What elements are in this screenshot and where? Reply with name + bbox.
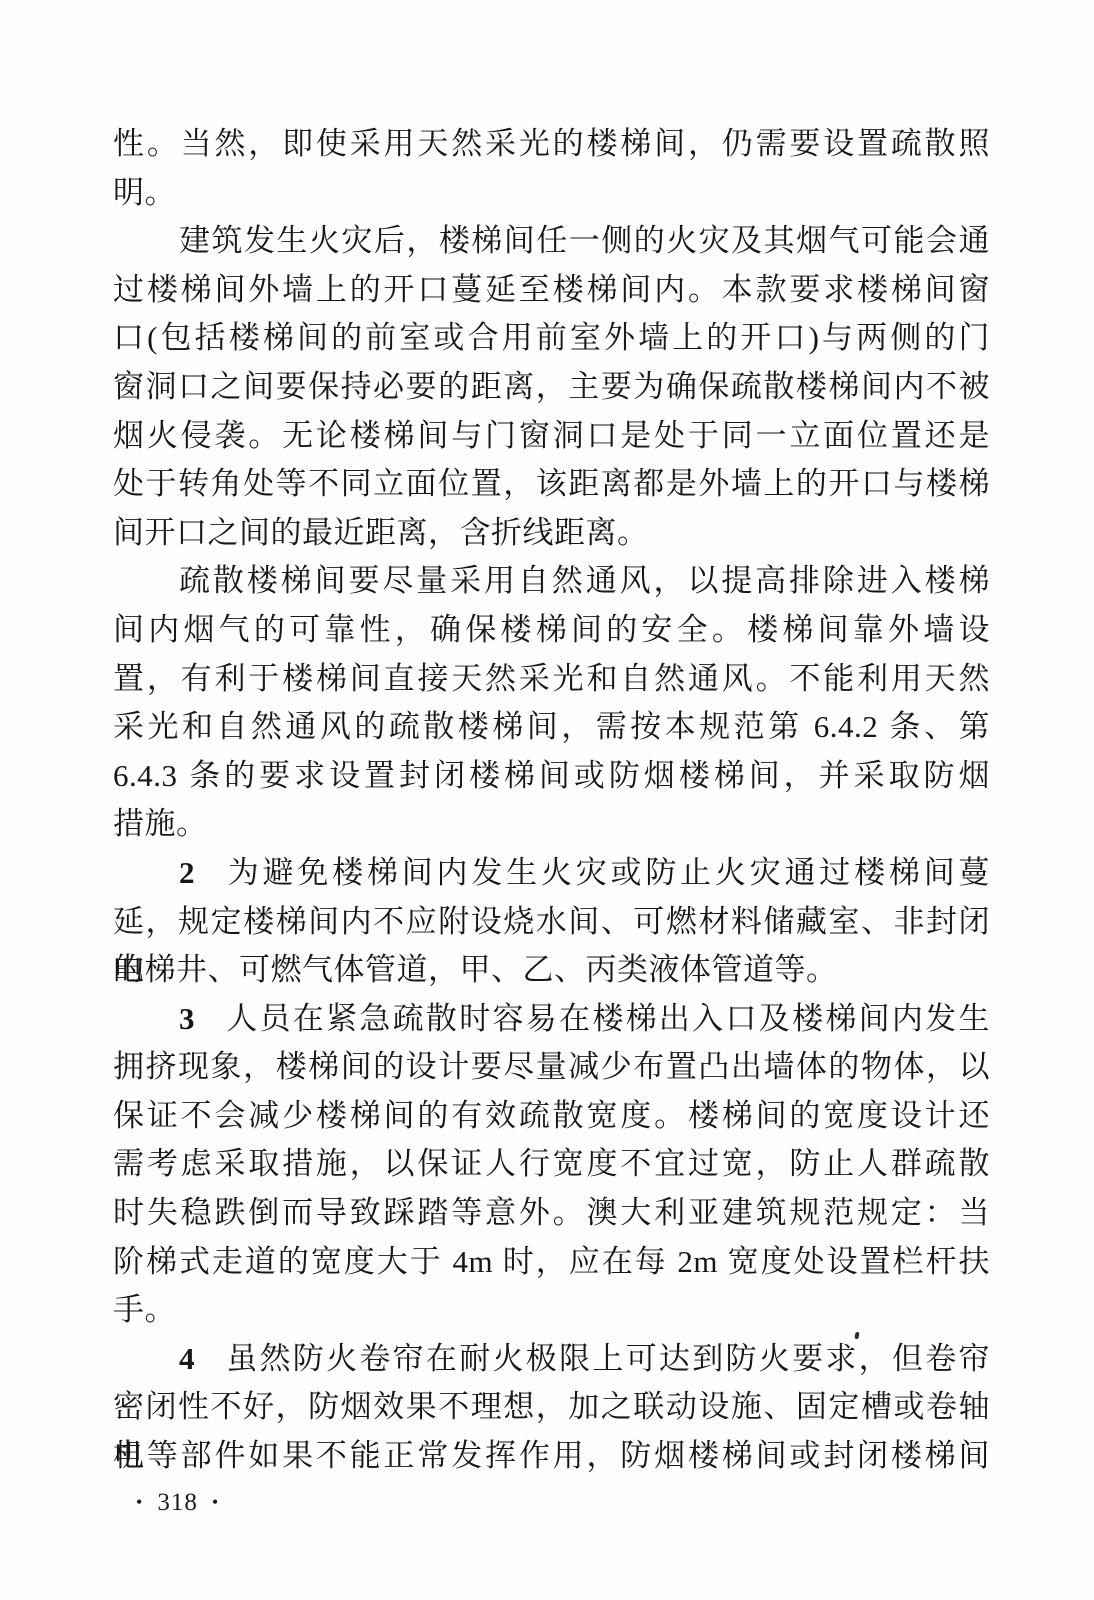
text-line: 疏散楼梯间要尽量采用自然通风，以提高排除进入楼梯 xyxy=(113,557,990,606)
text-line: 时失稳跌倒而导致踩踏等意外。澳大利亚建筑规范规定：当 xyxy=(113,1189,990,1238)
line-text: 疏散楼梯间要尽量采用自然通风，以提高排除进入楼梯 xyxy=(179,563,990,598)
line-text: 窗洞口之间要保持必要的距离，主要为确保疏散楼梯间内不被 xyxy=(113,369,990,404)
text-line: 明。 xyxy=(113,169,990,218)
text-line: 措施。 xyxy=(113,800,990,849)
line-text: 口(包括楼梯间的前室或合用前室外墙上的开口)与两侧的门 xyxy=(113,320,990,355)
line-text: 手。 xyxy=(113,1292,176,1327)
text-line: 延，规定楼梯间内不应附设烧水间、可燃材料储藏室、非封闭的 xyxy=(113,898,990,947)
document-page: 性。当然，即使采用天然采光的楼梯间，仍需要设置疏散照明。建筑发生火灾后，楼梯间任… xyxy=(0,0,1094,1600)
line-text: 电梯井、可燃气体管道，甲、乙、丙类液体管道等。 xyxy=(113,952,838,987)
page-footer: •318• xyxy=(136,1482,219,1522)
line-text: 间开口之间的最近距离，含折线距离。 xyxy=(113,515,649,550)
text-line: 需考虑采取措施，以保证人行宽度不宜过宽，防止人群疏散 xyxy=(113,1140,990,1189)
text-line: 建筑发生火灾后，楼梯间任一侧的火灾及其烟气可能会通 xyxy=(113,217,990,266)
text-line: 窗洞口之间要保持必要的距离，主要为确保疏散楼梯间内不被 xyxy=(113,363,990,412)
text-line: 烟火侵袭。无论楼梯间与门窗洞口是处于同一立面位置还是 xyxy=(113,412,990,461)
line-text: 需考虑采取措施，以保证人行宽度不宜过宽，防止人群疏散 xyxy=(113,1146,990,1181)
text-line: 2为避免楼梯间内发生火灾或防止火灾通过楼梯间蔓 xyxy=(113,849,990,898)
line-text: 为避免楼梯间内发生火灾或防止火灾通过楼梯间蔓 xyxy=(224,855,990,890)
text-block: 性。当然，即使采用天然采光的楼梯间，仍需要设置疏散照明。建筑发生火灾后，楼梯间任… xyxy=(113,120,990,1481)
line-text: 间内烟气的可靠性，确保楼梯间的安全。楼梯间靠外墙设 xyxy=(113,612,990,647)
text-line: 置，有利于楼梯间直接天然采光和自然通风。不能利用天然 xyxy=(113,655,990,704)
line-text: 保证不会减少楼梯间的有效疏散宽度。楼梯间的宽度设计还 xyxy=(113,1098,990,1133)
footer-left-dot: • xyxy=(136,1492,143,1512)
text-line: 密闭性不好，防烟效果不理想，加之联动设施、固定槽或卷轴电 xyxy=(113,1383,990,1432)
line-text: 烟火侵袭。无论楼梯间与门窗洞口是处于同一立面位置还是 xyxy=(113,418,990,453)
line-text: 措施。 xyxy=(113,806,208,841)
line-text: 性。当然，即使采用天然采光的楼梯间，仍需要设置疏散照 xyxy=(113,126,990,161)
text-line: 电梯井、可燃气体管道，甲、乙、丙类液体管道等。 xyxy=(113,946,990,995)
item-number: 4 xyxy=(179,1341,195,1376)
line-text: 人员在紧急疏散时容易在楼梯出入口及楼梯间内发生 xyxy=(224,1001,990,1036)
line-text: 明。 xyxy=(113,175,176,210)
line-text: 时失稳跌倒而导致踩踏等意外。澳大利亚建筑规范规定：当 xyxy=(113,1195,990,1230)
text-line: 手。 xyxy=(113,1286,990,1335)
item-number: 3 xyxy=(179,1001,195,1036)
text-line: 间开口之间的最近距离，含折线距离。 xyxy=(113,509,990,558)
line-text: 拥挤现象，楼梯间的设计要尽量减少布置凸出墙体的物体，以 xyxy=(113,1049,990,1084)
line-text: 虽然防火卷帘在耐火极限上可达到防火要求，但卷帘 xyxy=(224,1341,990,1376)
text-line: 口(包括楼梯间的前室或合用前室外墙上的开口)与两侧的门 xyxy=(113,314,990,363)
text-line: 4虽然防火卷帘在耐火极限上可达到防火要求，但卷帘 xyxy=(113,1335,990,1384)
text-line: 阶梯式走道的宽度大于 4m 时，应在每 2m 宽度处设置栏杆扶 xyxy=(113,1238,990,1287)
line-text: 建筑发生火灾后，楼梯间任一侧的火灾及其烟气可能会通 xyxy=(179,223,990,258)
line-text: 处于转角处等不同立面位置，该距离都是外墙上的开口与楼梯 xyxy=(113,466,990,501)
text-line: 间内烟气的可靠性，确保楼梯间的安全。楼梯间靠外墙设 xyxy=(113,606,990,655)
text-line: 机等部件如果不能正常发挥作用，防烟楼梯间或封闭楼梯间 xyxy=(113,1432,990,1481)
footer-right-dot: • xyxy=(212,1492,219,1512)
line-text: 6.4.3 条的要求设置封闭楼梯间或防烟楼梯间，并采取防烟 xyxy=(113,758,990,793)
text-line: 采光和自然通风的疏散楼梯间，需按本规范第 6.4.2 条、第 xyxy=(113,703,990,752)
footer-page-number: 318 xyxy=(157,1489,198,1516)
line-text: 机等部件如果不能正常发挥作用，防烟楼梯间或封闭楼梯间 xyxy=(113,1438,990,1473)
text-line: 性。当然，即使采用天然采光的楼梯间，仍需要设置疏散照 xyxy=(113,120,990,169)
text-line: 保证不会减少楼梯间的有效疏散宽度。楼梯间的宽度设计还 xyxy=(113,1092,990,1141)
text-line: 拥挤现象，楼梯间的设计要尽量减少布置凸出墙体的物体，以 xyxy=(113,1043,990,1092)
text-line: 过楼梯间外墙上的开口蔓延至楼梯间内。本款要求楼梯间窗 xyxy=(113,266,990,315)
text-line: 3人员在紧急疏散时容易在楼梯出入口及楼梯间内发生 xyxy=(113,995,990,1044)
line-text: 置，有利于楼梯间直接天然采光和自然通风。不能利用天然 xyxy=(113,661,990,696)
line-text: 采光和自然通风的疏散楼梯间，需按本规范第 6.4.2 条、第 xyxy=(113,709,990,744)
item-number: 2 xyxy=(179,855,195,890)
line-text: 阶梯式走道的宽度大于 4m 时，应在每 2m 宽度处设置栏杆扶 xyxy=(113,1244,990,1279)
text-line: 6.4.3 条的要求设置封闭楼梯间或防烟楼梯间，并采取防烟 xyxy=(113,752,990,801)
text-line: 处于转角处等不同立面位置，该距离都是外墙上的开口与楼梯 xyxy=(113,460,990,509)
line-text: 过楼梯间外墙上的开口蔓延至楼梯间内。本款要求楼梯间窗 xyxy=(113,272,990,307)
